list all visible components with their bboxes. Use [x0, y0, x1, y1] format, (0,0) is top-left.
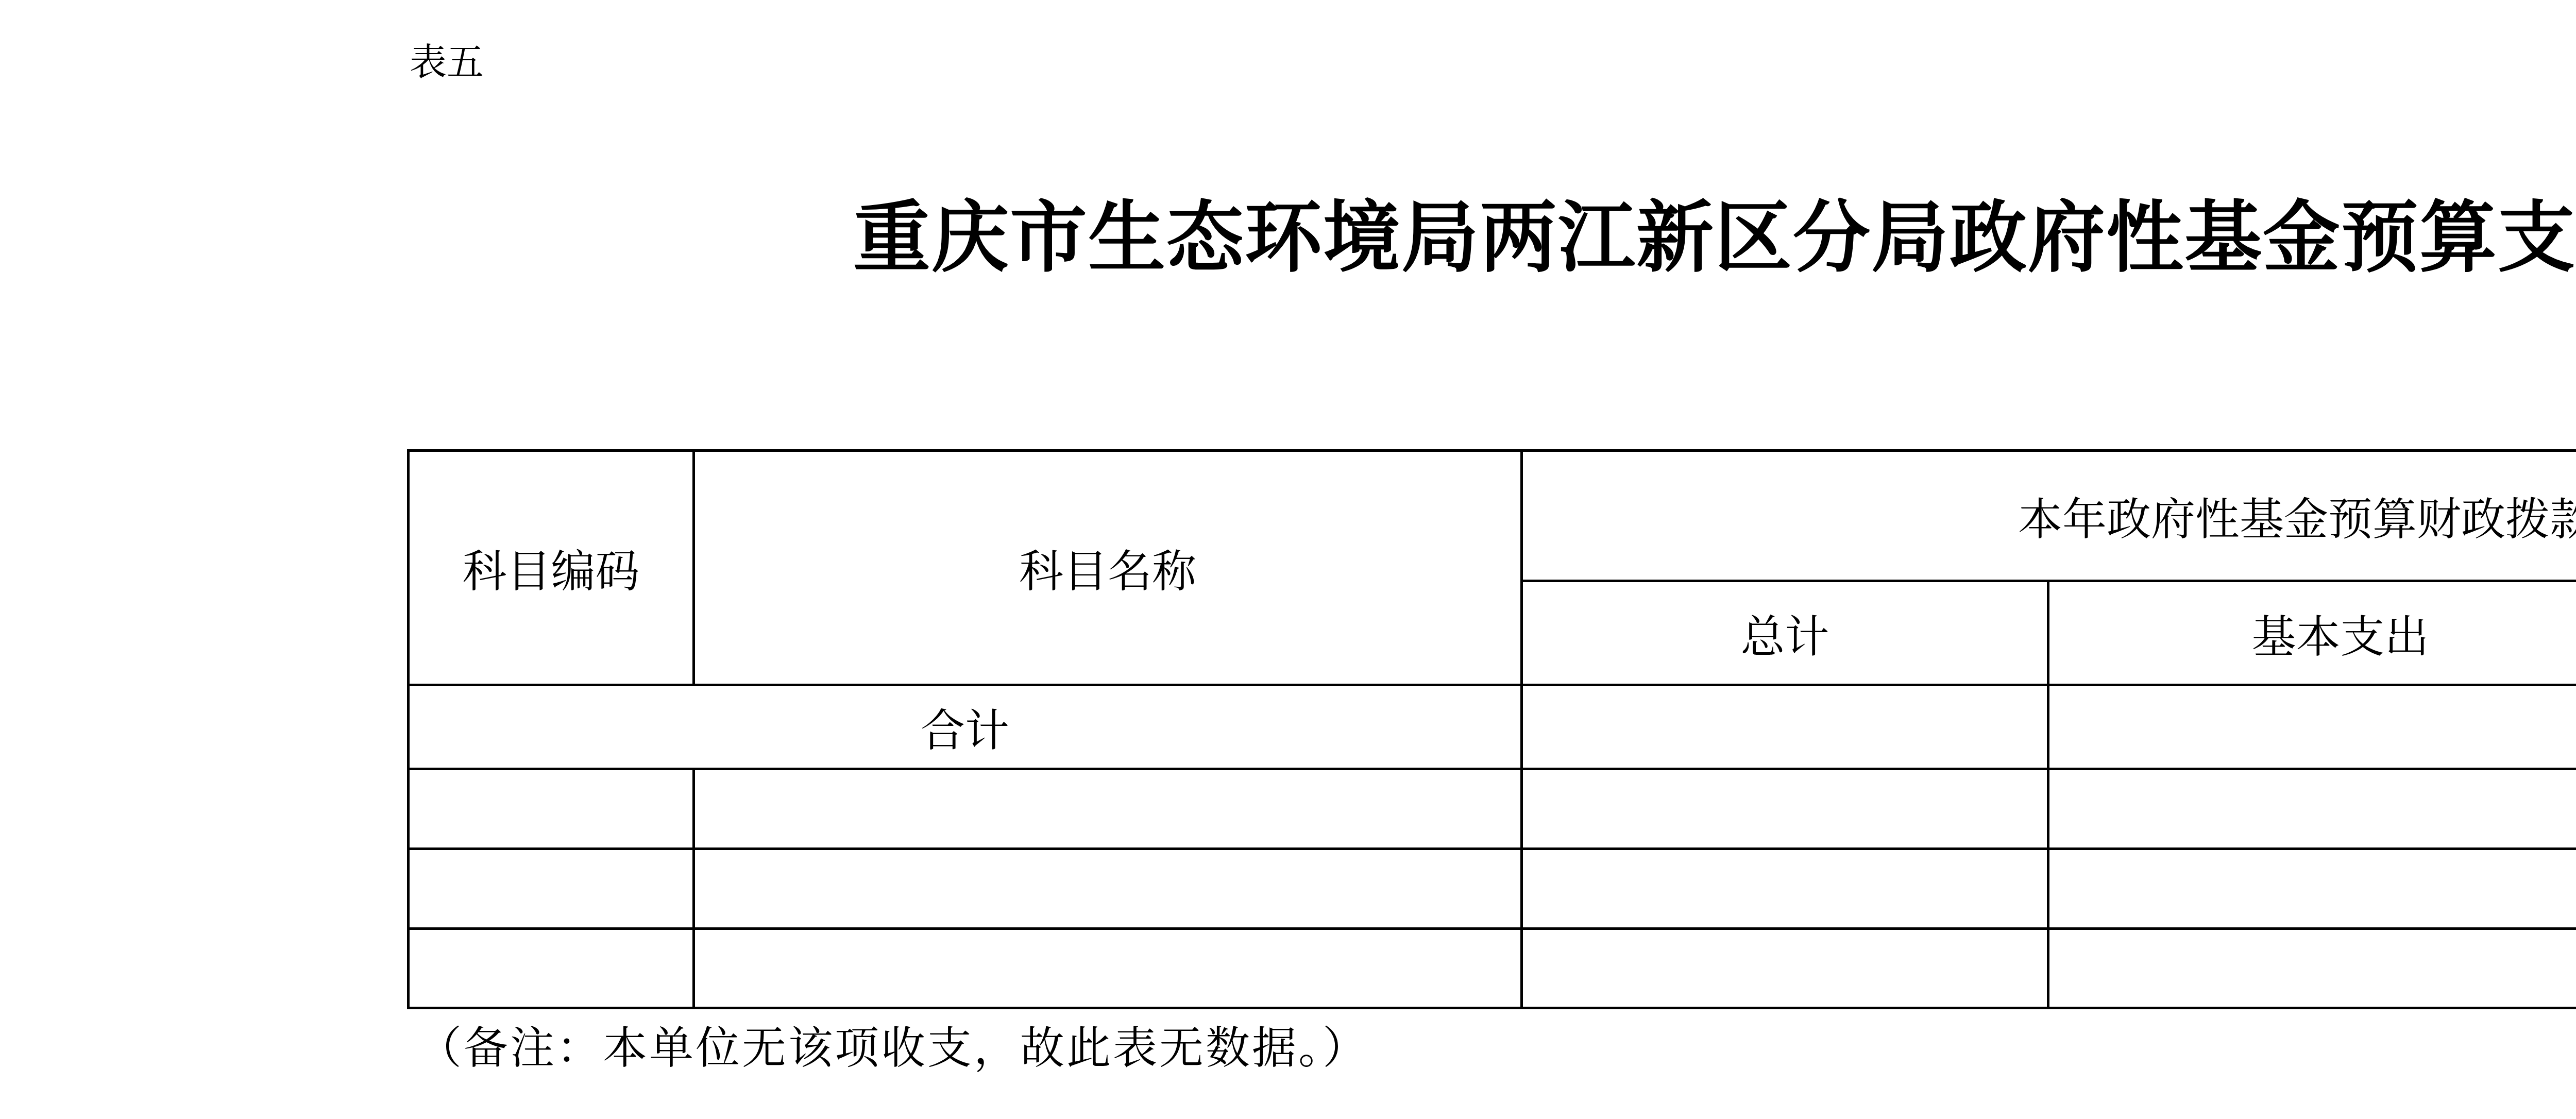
footnote: （备注：本单位无该项收支，故此表无数据。）	[417, 1012, 1369, 1076]
total-row-label: 合计	[409, 685, 1522, 769]
row-name	[694, 849, 1522, 929]
page-title: 重庆市生态环境局两江新区分局政府性基金预算支出表	[0, 175, 2576, 286]
row-code	[409, 769, 694, 849]
header-row-1: 科目编码 科目名称 本年政府性基金预算财政拨款支出	[409, 451, 2576, 581]
table-row	[409, 769, 2576, 849]
row-basic	[2048, 849, 2576, 929]
table-row	[409, 849, 2576, 929]
header-subject-code: 科目编码	[409, 451, 694, 685]
row-total	[1522, 929, 2048, 1008]
row-total	[1522, 769, 2048, 849]
header-fund-expenditure-group: 本年政府性基金预算财政拨款支出	[1522, 451, 2576, 581]
total-row-basic	[2048, 685, 2576, 769]
table-label: 表五	[410, 32, 484, 86]
header-basic-expenditure: 基本支出	[2048, 581, 2576, 685]
row-basic	[2048, 769, 2576, 849]
table-row	[409, 929, 2576, 1008]
row-name	[694, 929, 1522, 1008]
budget-expenditure-table: 科目编码 科目名称 本年政府性基金预算财政拨款支出 总计 基本支出 项目支出 合…	[407, 449, 2576, 1009]
header-subject-name: 科目名称	[694, 451, 1522, 685]
total-row-total	[1522, 685, 2048, 769]
row-basic	[2048, 929, 2576, 1008]
row-code	[409, 849, 694, 929]
row-name	[694, 769, 1522, 849]
row-code	[409, 929, 694, 1008]
header-total: 总计	[1522, 581, 2048, 685]
row-total	[1522, 849, 2048, 929]
total-row: 合计	[409, 685, 2576, 769]
